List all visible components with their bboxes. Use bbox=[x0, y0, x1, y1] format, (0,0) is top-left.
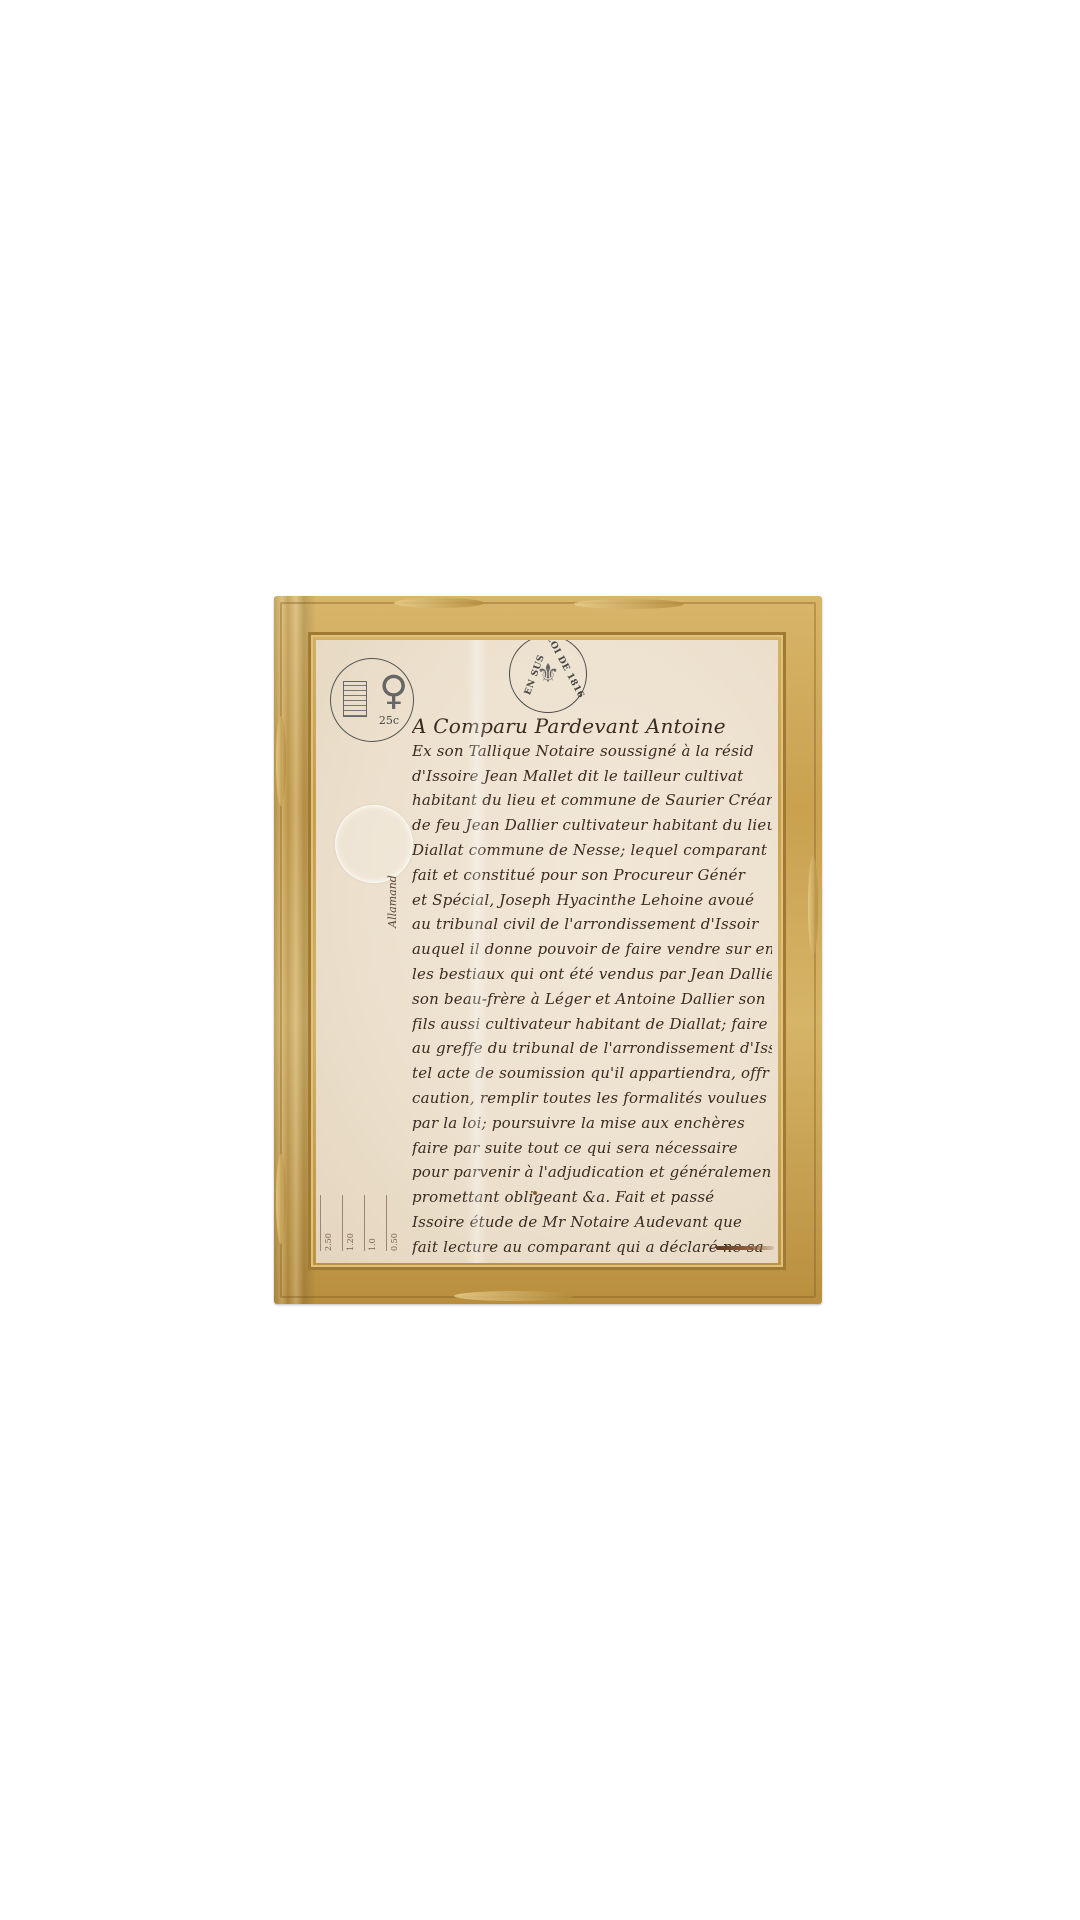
tally-entry: 1.0 bbox=[364, 1195, 380, 1251]
text-line: auquel il donne pouvoir de faire vendre … bbox=[412, 937, 772, 962]
document-text: A Comparu Pardevant Antoine Ex son Talli… bbox=[412, 714, 772, 1263]
frame-leaf-ornament bbox=[276, 716, 286, 806]
ink-spot bbox=[533, 1191, 537, 1195]
text-line: tel acte de soumission qu'il appartiendr… bbox=[412, 1061, 772, 1086]
frame-leaf-ornament bbox=[574, 599, 684, 609]
text-line: au tribunal civil de l'arrondissement d'… bbox=[412, 912, 772, 937]
frame-leaf-ornament bbox=[454, 1291, 574, 1301]
fee-tally: 2.50 1.20 1.0 0.50 bbox=[320, 1195, 402, 1251]
text-line: et Spécial, Joseph Hyacinthe Lehoine avo… bbox=[412, 888, 772, 913]
ink-streak bbox=[716, 1246, 774, 1250]
text-line: Ex son Tallique Notaire soussigné à la r… bbox=[412, 739, 772, 764]
text-line: Issoire étude de Mr Notaire Audevant que bbox=[412, 1210, 772, 1235]
text-line: faire par suite tout ce qui sera nécessa… bbox=[412, 1136, 772, 1161]
tally-entry: 2.50 bbox=[320, 1195, 336, 1251]
tally-entry: 1.20 bbox=[342, 1195, 358, 1251]
text-line: d'Issoire Jean Mallet dit le tailleur cu… bbox=[412, 764, 772, 789]
text-line: son beau-frère à Léger et Antoine Dallie… bbox=[412, 987, 772, 1012]
text-line: caution, remplir toutes les formalités v… bbox=[412, 1086, 772, 1111]
frame-leaf-ornament bbox=[394, 598, 484, 608]
text-line: au greffe du tribunal de l'arrondissemen… bbox=[412, 1036, 772, 1061]
text-line: Diallat commune de Nesse; lequel compara… bbox=[412, 838, 772, 863]
loi-1816-stamp: EN SUS LOI DE 1816 ⚜ bbox=[509, 640, 587, 713]
text-line: fait et constitué pour son Procureur Gén… bbox=[412, 863, 772, 888]
text-line: habitant du lieu et commune de Saurier C… bbox=[412, 788, 772, 813]
text-line: par la loi; poursuivre la mise aux enchè… bbox=[412, 1111, 772, 1136]
clerk-signature: Allamand bbox=[386, 875, 399, 928]
text-line: A Comparu Pardevant Antoine bbox=[412, 714, 772, 739]
embossed-seal bbox=[335, 805, 413, 883]
tax-seal: ♀ 25c bbox=[330, 658, 414, 742]
tablets-icon bbox=[343, 681, 367, 717]
handwritten-document: ♀ 25c EN SUS LOI DE 1816 ⚜ A Comparu Par… bbox=[316, 640, 778, 1263]
text-line: pour parvenir à l'adjudication et généra… bbox=[412, 1160, 772, 1185]
text-line: les bestiaux qui ont été vendus par Jean… bbox=[412, 962, 772, 987]
text-line: fils aussi cultivateur habitant de Diall… bbox=[412, 1012, 772, 1037]
frame-leaf-ornament bbox=[276, 1154, 286, 1244]
seated-figure-icon: ♀ bbox=[379, 671, 408, 711]
text-line: de feu Jean Dallier cultivateur habitant… bbox=[412, 813, 772, 838]
frame-leaf-ornament bbox=[808, 856, 818, 956]
text-line: promettant obligeant &a. Fait et passé bbox=[412, 1185, 772, 1210]
text-line: signer de ce requis, le Notaire soussign… bbox=[412, 1260, 772, 1263]
seal-value: 25c bbox=[379, 714, 399, 727]
tally-entry: 0.50 bbox=[386, 1195, 402, 1251]
